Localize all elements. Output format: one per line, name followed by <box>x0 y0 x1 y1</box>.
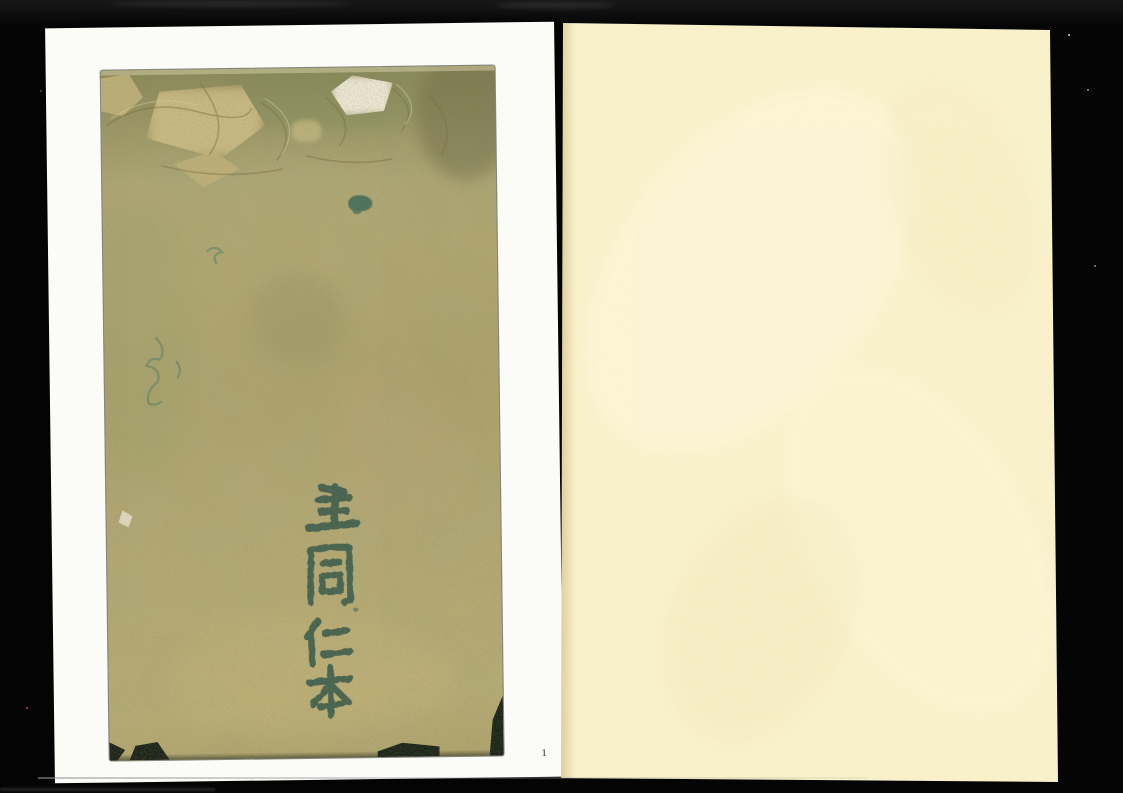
gutter-shadow <box>560 20 576 785</box>
dust-speck <box>1094 265 1096 267</box>
grain-overlay <box>101 65 504 760</box>
scan-smudge <box>110 1 350 7</box>
page-number: 1 <box>542 748 548 759</box>
dust-speck <box>1068 34 1070 36</box>
grain-overlay <box>560 20 1060 785</box>
manuscript-cover-photo: 王同仁本 <box>101 65 504 760</box>
scanned-book-spread: { "scan": { "kind": "book-spread-photogr… <box>0 0 1123 793</box>
left-page: 王同仁本 <box>45 22 564 784</box>
scan-smudge <box>495 2 615 9</box>
scan-artifact-line <box>38 777 868 779</box>
right-page <box>560 20 1060 785</box>
dust-speck <box>1087 89 1089 91</box>
scan-artifact-line <box>0 788 215 791</box>
dust-speck <box>26 707 28 709</box>
dust-speck <box>40 90 42 92</box>
